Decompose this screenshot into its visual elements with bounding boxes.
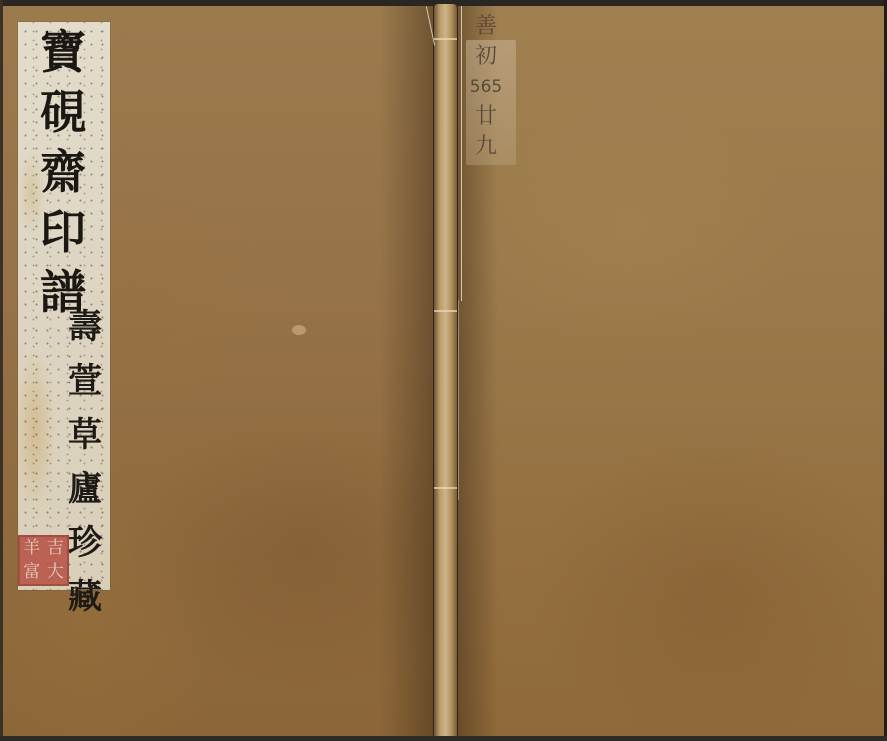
note-char: 九 xyxy=(475,132,497,162)
inscription-char: 珍 xyxy=(68,516,102,570)
binding-thread xyxy=(458,300,459,500)
pencil-catalog-note: 善 初 565 廿 九 xyxy=(468,12,504,162)
fold-shadow-left xyxy=(380,6,433,736)
book-title: 寶 硯 齋 印 譜 xyxy=(36,22,90,322)
spine-binding-band xyxy=(434,38,457,40)
title-char: 寶 xyxy=(40,22,86,82)
title-char: 齋 xyxy=(40,142,86,202)
note-char: 初 xyxy=(475,42,497,72)
note-char: 善 xyxy=(475,12,497,42)
scan-frame-bottom xyxy=(0,736,887,741)
seal-char: 羊 xyxy=(20,537,44,561)
book-spine xyxy=(434,4,457,741)
seal-char: 富 xyxy=(20,561,44,585)
inscription-char: 壽 xyxy=(68,300,102,354)
note-char: 565 xyxy=(470,72,502,102)
seal-char: 吉 xyxy=(44,537,68,561)
title-char: 印 xyxy=(40,202,86,262)
binding-thread xyxy=(461,6,462,301)
inscription-char: 萱 xyxy=(68,354,102,408)
spine-binding-band xyxy=(434,487,457,489)
note-char: 廿 xyxy=(475,102,497,132)
red-seal-stamp: 羊 吉 富 大 xyxy=(18,535,69,586)
spine-binding-band xyxy=(434,310,457,312)
inscription-char: 廬 xyxy=(68,462,102,516)
seal-char: 大 xyxy=(44,561,68,585)
back-cover xyxy=(458,6,884,736)
inscription-char: 藏 xyxy=(68,570,102,624)
inscription-char: 草 xyxy=(68,408,102,462)
title-char: 硯 xyxy=(40,82,86,142)
paper-stain xyxy=(292,325,306,335)
